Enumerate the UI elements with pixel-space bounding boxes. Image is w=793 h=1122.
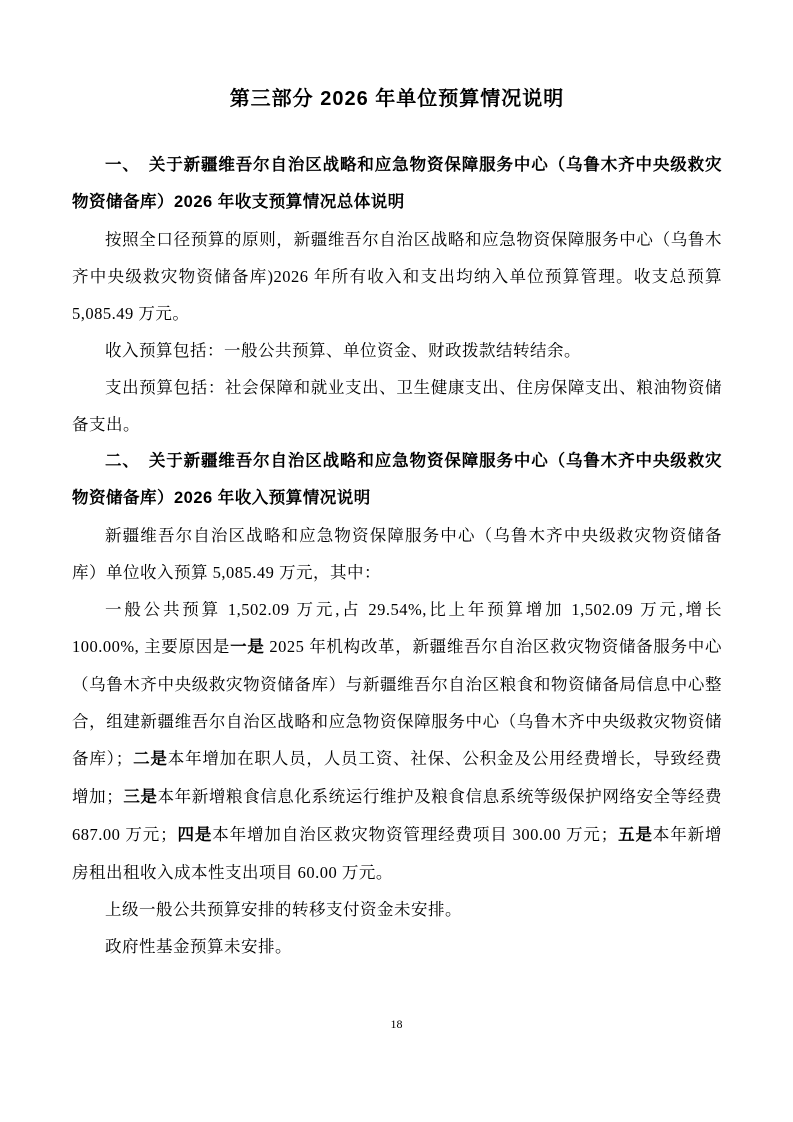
text-run-emphasis: 五是 bbox=[618, 826, 653, 844]
page-number: 18 bbox=[0, 1016, 793, 1032]
text-run-emphasis: 三是 bbox=[123, 788, 157, 806]
document-page: 第三部分 2026 年单位预算情况说明 一、 关于新疆维吾尔自治区战略和应急物资… bbox=[0, 0, 793, 1122]
text-run-emphasis: 一是 bbox=[230, 638, 264, 656]
paragraph-income-detail: 一般公共预算 1,502.09 万元,占 29.54%,比上年预算增加 1,50… bbox=[72, 591, 722, 891]
text-run-emphasis: 四是 bbox=[177, 826, 212, 844]
text-run-emphasis: 二是 bbox=[133, 750, 168, 768]
paragraph-income-total: 新疆维吾尔自治区战略和应急物资保障服务中心（乌鲁木齐中央级救灾物资储备库）单位收… bbox=[72, 517, 722, 591]
text-run: 本年增加自治区救灾物资管理经费项目 300.00 万元； bbox=[212, 825, 618, 844]
paragraph-income-scope: 收入预算包括：一般公共预算、单位资金、财政拨款结转结余。 bbox=[72, 332, 722, 369]
paragraph-government-fund: 政府性基金预算未安排。 bbox=[72, 928, 722, 965]
section-2-heading: 二、 关于新疆维吾尔自治区战略和应急物资保障服务中心（乌鲁木齐中央级救灾物资储备… bbox=[72, 443, 722, 517]
section-1-heading: 一、 关于新疆维吾尔自治区战略和应急物资保障服务中心（乌鲁木齐中央级救灾物资储备… bbox=[72, 147, 722, 221]
paragraph-expense-scope: 支出预算包括：社会保障和就业支出、卫生健康支出、住房保障支出、粮油物资储备支出。 bbox=[72, 369, 722, 443]
page-content: 第三部分 2026 年单位预算情况说明 一、 关于新疆维吾尔自治区战略和应急物资… bbox=[72, 84, 722, 965]
paragraph-transfer-funds: 上级一般公共预算安排的转移支付资金未安排。 bbox=[72, 891, 722, 928]
page-title: 第三部分 2026 年单位预算情况说明 bbox=[72, 84, 722, 114]
paragraph-budget-overview: 按照全口径预算的原则，新疆维吾尔自治区战略和应急物资保障服务中心（乌鲁木齐中央级… bbox=[72, 221, 722, 332]
